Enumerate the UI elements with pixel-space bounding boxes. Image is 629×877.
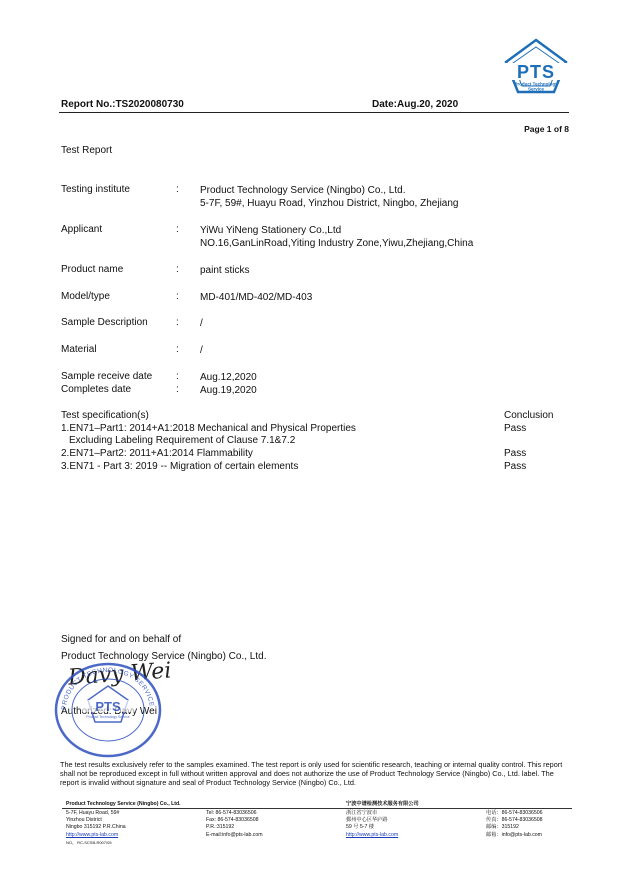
field-row: Material:/	[61, 344, 203, 357]
field-colon: :	[176, 184, 200, 210]
footer-contact-cn: 电话：86-574-83036506 传真：86-574-83036508 邮编…	[486, 810, 543, 839]
field-value: Product Technology Service (Ningbo) Co.,…	[200, 184, 458, 210]
field-colon: :	[176, 224, 200, 250]
field-row: Sample Description:/	[61, 317, 203, 330]
svg-text:PTS: PTS	[95, 699, 121, 714]
field-value-line: paint sticks	[200, 264, 249, 277]
spec-item-1: 1.EN71–Part1: 2014+A1:2018 Mechanical an…	[61, 423, 356, 436]
footer-address-cn: 浙江省宁波市 鄞州中心区华庐路 59 号 5-7 楼 http://www.pt…	[346, 810, 398, 839]
field-label: Product name	[61, 264, 176, 277]
footer-address-line: Ningbo 315192 P.R.China	[66, 824, 126, 831]
field-row: Model/type:MD-401/MD-402/MD-403	[61, 291, 312, 304]
field-value-line: Aug.12,2020	[200, 371, 257, 384]
field-row: Sample receive date:Aug.12,2020	[61, 371, 257, 384]
field-value-line: MD-401/MD-402/MD-403	[200, 291, 312, 304]
footer-website-link[interactable]: http://www.pts-lab.com	[66, 832, 118, 838]
conclusion-heading: Conclusion	[504, 410, 553, 423]
spec-item-1-result: Pass	[504, 423, 526, 436]
field-value-line: Aug.19,2020	[200, 384, 257, 397]
svg-text:Product Technology Service: Product Technology Service	[86, 715, 129, 719]
field-value: /	[200, 344, 203, 357]
field-value-line: YiWu YiNeng Stationery Co.,Ltd	[200, 224, 473, 237]
footer-tel: Tel: 86-574-83036506	[206, 810, 263, 817]
signed-on-behalf: Signed for and on behalf of	[61, 634, 181, 645]
field-label: Sample Description	[61, 317, 176, 330]
footer-company-cn: 宁波中谱检测技术服务有限公司	[346, 801, 419, 808]
field-colon: :	[176, 264, 200, 277]
field-colon: :	[176, 344, 200, 357]
svg-text:PTS: PTS	[517, 62, 555, 82]
field-colon: :	[176, 317, 200, 330]
document-title: Test Report	[61, 145, 112, 156]
spec-item-2: 2.EN71–Part2: 2011+A1:2014 Flammability	[61, 448, 253, 461]
report-number-label: Report No.:	[61, 99, 115, 110]
field-colon: :	[176, 371, 200, 384]
footer-address-en: 5-7F, Huayu Road, 59# Yinzhou District N…	[66, 810, 126, 846]
report-date: Date:Aug.20, 2020	[372, 99, 458, 110]
field-row: Completes date:Aug.19,2020	[61, 384, 257, 397]
footer-divider	[62, 808, 572, 809]
spec-item-3-result: Pass	[504, 461, 526, 474]
report-date-label: Date:	[372, 99, 397, 110]
footer-form-number: NO。 RC-SCSB-R007/05	[66, 839, 126, 846]
footer-website-cn-link[interactable]: http://www.pts-lab.com	[346, 832, 398, 838]
field-value: MD-401/MD-402/MD-403	[200, 291, 312, 304]
spec-heading: Test specification(s)	[61, 410, 149, 423]
field-value: Aug.12,2020	[200, 371, 257, 384]
field-row: Testing institute:Product Technology Ser…	[61, 184, 458, 210]
svg-text:Service: Service	[528, 87, 545, 92]
field-label: Completes date	[61, 384, 176, 397]
footer-address-cn-line: 59 号 5-7 楼	[346, 824, 398, 831]
footer-email: E-mail:info@pts-lab.com	[206, 832, 263, 839]
field-row: Applicant:YiWu YiNeng Stationery Co.,Ltd…	[61, 224, 473, 250]
header-divider	[59, 112, 569, 113]
field-value: Aug.19,2020	[200, 384, 257, 397]
footer-contact-en: Tel: 86-574-83036506 Fax: 86-574-8303650…	[206, 810, 263, 839]
footer-address-line: 5-7F, Huayu Road, 59#	[66, 810, 126, 817]
footer-email-cn: 邮箱：info@pts-lab.com	[486, 832, 543, 839]
field-value: YiWu YiNeng Stationery Co.,LtdNO.16,GanL…	[200, 224, 473, 250]
field-value-line: Product Technology Service (Ningbo) Co.,…	[200, 184, 458, 197]
field-label: Applicant	[61, 224, 176, 250]
disclaimer: The test results exclusively refer to th…	[60, 760, 572, 787]
field-colon: :	[176, 384, 200, 397]
spec-item-3: 3.EN71 - Part 3: 2019 -- Migration of ce…	[61, 461, 298, 474]
field-colon: :	[176, 291, 200, 304]
footer-address-line: Yinzhou District	[66, 817, 126, 824]
pts-logo: PTS Product Technology Service	[500, 38, 572, 96]
page-number: Page 1 of 8	[524, 124, 569, 134]
report-number: Report No.:TS2020080730	[61, 99, 184, 110]
footer-postal: P.R.:315192	[206, 824, 263, 831]
field-label: Model/type	[61, 291, 176, 304]
report-date-value: Aug.20, 2020	[397, 99, 458, 110]
field-label: Material	[61, 344, 176, 357]
field-label: Sample receive date	[61, 371, 176, 384]
field-value-line: NO.16,GanLinRoad,Yiting Industry Zone,Yi…	[200, 237, 473, 250]
field-value-line: /	[200, 317, 203, 330]
field-label: Testing institute	[61, 184, 176, 210]
field-value: /	[200, 317, 203, 330]
spec-item-1-sub: Excluding Labeling Requirement of Clause…	[69, 435, 295, 448]
field-value: paint sticks	[200, 264, 249, 277]
spec-item-2-result: Pass	[504, 448, 526, 461]
company-seal: PRODUCT TECHNOLOGY SERVICE (NINGBO) CO.,…	[52, 660, 164, 760]
report-number-value: TS2020080730	[115, 99, 183, 110]
footer-postal-cn: 邮编：315192	[486, 824, 543, 831]
footer-fax: Fax: 86-574-83036508	[206, 817, 263, 824]
field-row: Product name:paint sticks	[61, 264, 249, 277]
field-value-line: /	[200, 344, 203, 357]
field-value-line: 5-7F, 59#, Huayu Road, Yinzhou District,…	[200, 197, 458, 210]
